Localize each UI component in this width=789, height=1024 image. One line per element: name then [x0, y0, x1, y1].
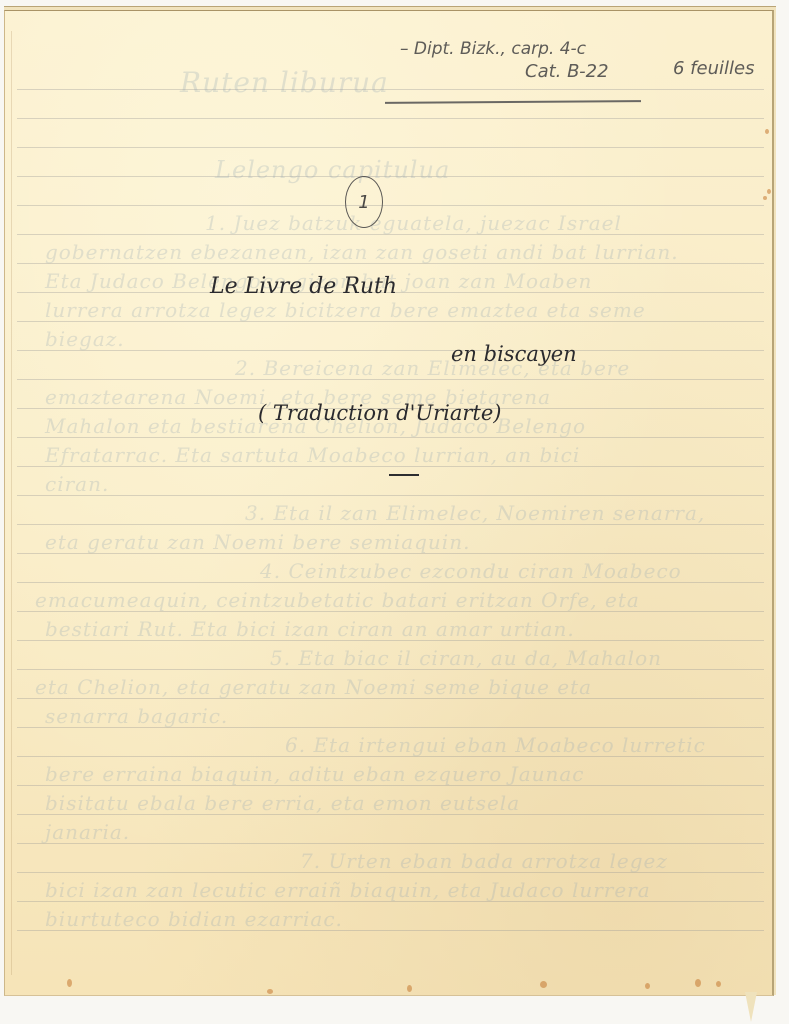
ghost-line: bici izan zan lecutic erraiñ biaquin, et… [45, 878, 651, 902]
ghost-subheading: Lelengo capitulua [215, 156, 450, 184]
ghost-line: bestiari Rut. Eta bici izan ciran an ama… [45, 617, 575, 641]
ghost-line: eta geratu zan Noemi bere semiaquin. [45, 530, 470, 554]
rule-line [17, 147, 764, 148]
ghost-heading: Ruten liburua [180, 66, 389, 99]
foxing-stain [767, 189, 771, 194]
ghost-line: 1. Juez batzuk eguatela, juezac Israel [205, 211, 622, 235]
torn-paper-corner [745, 992, 757, 1022]
foxing-stain [67, 979, 72, 987]
ghost-line: biurtuteco bidian ezarriac. [45, 907, 343, 931]
rule-line [17, 350, 764, 351]
title-separator [389, 474, 419, 476]
ghost-line: eta Chelion, eta geratu zan Noemi seme b… [35, 675, 592, 699]
ghost-line: ciran. [45, 472, 109, 496]
document-subtitle: en biscayen [451, 342, 577, 366]
page-number-circle: 1 [345, 176, 383, 228]
foxing-stain [716, 981, 721, 987]
foxing-stain [765, 129, 769, 134]
ghost-line: senarra bagaric. [45, 704, 228, 728]
binding-edge [11, 31, 12, 975]
translator-note: ( Traduction d'Uriarte) [258, 401, 501, 425]
ghost-line: 3. Eta il zan Elimelec, Noemiren senarra… [245, 501, 705, 525]
foxing-stain [763, 196, 767, 200]
ghost-line: biegaz. [45, 327, 125, 351]
ghost-line: 5. Eta biac il ciran, au da, Mahalon [270, 646, 662, 670]
ghost-line: bisitatu ebala bere erria, eta emon euts… [45, 791, 520, 815]
scanned-page: Ruten liburua Lelengo capitulua 1. Juez … [0, 0, 789, 1024]
foxing-stain [695, 979, 701, 987]
rule-line [17, 205, 764, 206]
ghost-line: 7. Urten eban bada arrotza legez [300, 849, 668, 873]
rule-line [17, 495, 764, 496]
foxing-stain [407, 985, 412, 992]
document-title: Le Livre de Ruth [210, 274, 397, 299]
foxing-stain [540, 981, 547, 988]
foxing-stain [267, 989, 273, 994]
ghost-line: bere erraina biaquin, aditu eban ezquero… [45, 762, 585, 786]
ghost-line: 6. Eta irtengui eban Moabeco lurretic [285, 733, 706, 757]
ghost-line: emacumeaquin, ceintzubetatic batari erit… [35, 588, 640, 612]
ghost-line: 4. Ceintzubec ezcondu ciran Moabeco [260, 559, 682, 583]
page-number: 1 [358, 192, 369, 213]
ghost-line: janaria. [45, 820, 130, 844]
foxing-stain [645, 983, 650, 989]
ghost-line: lurrera arrotza legez bicitzera bere ema… [45, 298, 646, 322]
manuscript-sheet: Ruten liburua Lelengo capitulua 1. Juez … [4, 10, 774, 996]
ghost-line: gobernatzen ebezanean, izan zan goseti a… [45, 240, 679, 264]
archive-reference-line1: – Dipt. Bizk., carp. 4-c [400, 39, 586, 59]
archive-reference-line2: Cat. B-22 [525, 61, 609, 82]
rule-line [17, 89, 764, 90]
sheet-count: 6 feuilles [673, 58, 754, 79]
ghost-line: Efratarrac. Eta sartuta Moabeco lurrian,… [45, 443, 580, 467]
rule-line [17, 118, 764, 119]
